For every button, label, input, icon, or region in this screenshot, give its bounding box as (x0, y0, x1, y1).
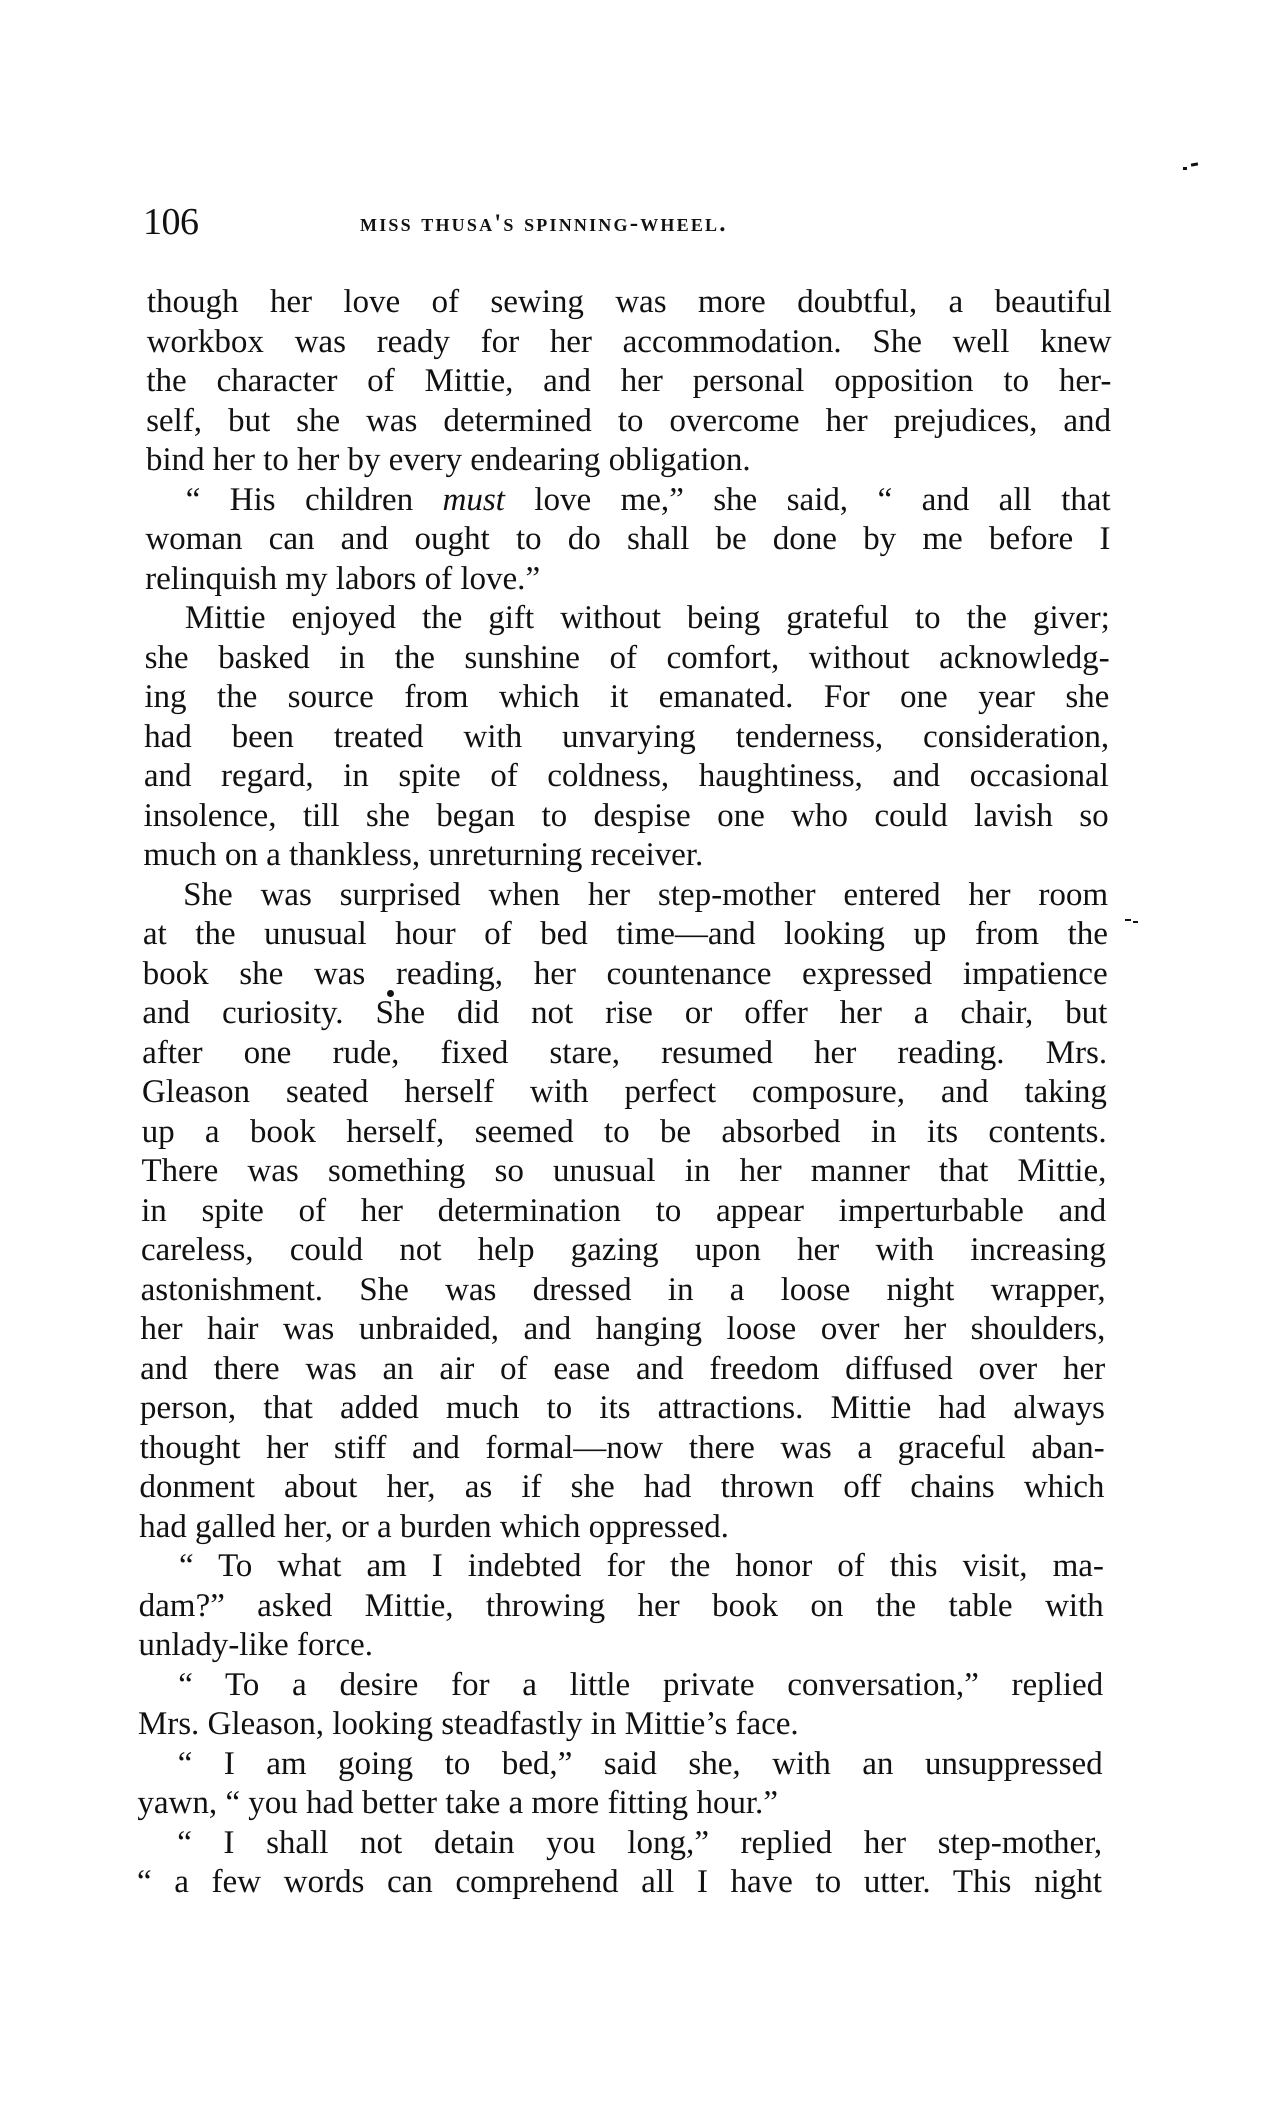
text-line: the character of Mittie, and her persona… (146, 362, 1111, 402)
text-line: self, but she was determined to overcome… (146, 402, 1111, 442)
body-text: though her love of sewing was more doubt… (137, 283, 1112, 1903)
text-line: Mrs. Gleason, looking steadfastly in Mit… (138, 1705, 1103, 1745)
text-line: “ I am going to bed,” said she, with an … (138, 1745, 1103, 1785)
text-line: bind her to her by every endearing oblig… (146, 441, 1111, 481)
text-line: had galled her, or a burden which oppres… (139, 1508, 1104, 1548)
paragraph: though her love of sewing was more doubt… (146, 283, 1112, 481)
text-line: much on a thankless, unreturning receive… (143, 836, 1108, 876)
text-line: “ I shall not detain you long,” replied … (137, 1824, 1102, 1864)
scan-speck (1125, 919, 1131, 921)
text-line: book she was reading, her countenance ex… (143, 955, 1108, 995)
text-line: in spite of her determination to appear … (141, 1192, 1106, 1232)
text-line: careless, could not help gazing upon her… (141, 1231, 1106, 1271)
text-line: Mittie enjoyed the gift without being gr… (145, 599, 1110, 639)
text-line: woman can and ought to do shall be done … (145, 520, 1110, 560)
running-title: MISS THUSA'S SPINNING-WHEEL. (360, 206, 728, 242)
scan-speck (1133, 921, 1138, 923)
paragraph: “ I am going to bed,” said she, with an … (137, 1745, 1102, 1824)
text-run: love me,” she said, “ and all that (505, 482, 1111, 518)
text-run: “ His children (186, 482, 443, 518)
text-line: relinquish my labors of love.” (145, 560, 1110, 600)
paragraph: “ I shall not detain you long,” replied … (137, 1824, 1102, 1903)
text-line: up a book herself, seemed to be absorbed… (142, 1113, 1107, 1153)
text-line: person, that added much to its attractio… (140, 1389, 1105, 1429)
paragraph: “ His children must love me,” she said, … (145, 481, 1111, 600)
paragraph: “ To a desire for a little private conve… (138, 1666, 1103, 1745)
scan-speck (1191, 162, 1198, 166)
text-line: There was something so unusual in her ma… (141, 1152, 1106, 1192)
book-page: 106 MISS THUSA'S SPINNING-WHEEL. though … (0, 0, 1270, 2114)
text-line: donment about her, as if she had thrown … (139, 1468, 1104, 1508)
page-number: 106 (143, 200, 199, 244)
text-line: at the unusual hour of bed time—and look… (143, 915, 1108, 955)
emphasis-text: must (442, 482, 505, 518)
text-line: thought her stiff and formal—now there w… (140, 1429, 1105, 1469)
text-line: though her love of sewing was more doubt… (147, 283, 1112, 323)
text-line: she basked in the sunshine of comfort, w… (145, 639, 1110, 679)
text-line: unlady-like force. (138, 1626, 1103, 1666)
paragraph: “ To what am I indebted for the honor of… (138, 1547, 1104, 1666)
text-line: after one rude, fixed stare, resumed her… (142, 1034, 1107, 1074)
paragraph: She was surprised when her step-mother e… (139, 876, 1108, 1548)
text-line: Gleason seated herself with perfect comp… (142, 1073, 1107, 1113)
text-line: and curiosity. She did not rise or offer… (142, 994, 1107, 1034)
text-line: dam?” asked Mittie, throwing her book on… (139, 1587, 1104, 1627)
text-line: yawn, “ you had better take a more fitti… (137, 1784, 1102, 1824)
text-line: astonishment. She was dressed in a loose… (141, 1271, 1106, 1311)
text-line: and there was an air of ease and freedom… (140, 1350, 1105, 1390)
text-line: She was surprised when her step-mother e… (143, 876, 1108, 916)
text-line: her hair was unbraided, and hanging loos… (140, 1310, 1105, 1350)
text-line: “ His children must love me,” she said, … (146, 481, 1111, 521)
text-line: “ To what am I indebted for the honor of… (139, 1547, 1104, 1587)
scan-speck (1183, 167, 1187, 170)
running-head: 106 MISS THUSA'S SPINNING-WHEEL. (143, 200, 1123, 244)
text-line: ing the source from which it emanated. F… (144, 678, 1109, 718)
text-line: had been treated with unvarying tenderne… (144, 718, 1109, 758)
text-line: “ To a desire for a little private conve… (138, 1666, 1103, 1706)
paragraph: Mittie enjoyed the gift without being gr… (143, 599, 1110, 876)
text-line: workbox was ready for her accommodation.… (147, 323, 1112, 363)
text-line: insolence, till she began to despise one… (144, 797, 1109, 837)
text-line: “ a few words can comprehend all I have … (137, 1863, 1102, 1903)
text-line: and regard, in spite of coldness, haught… (144, 757, 1109, 797)
